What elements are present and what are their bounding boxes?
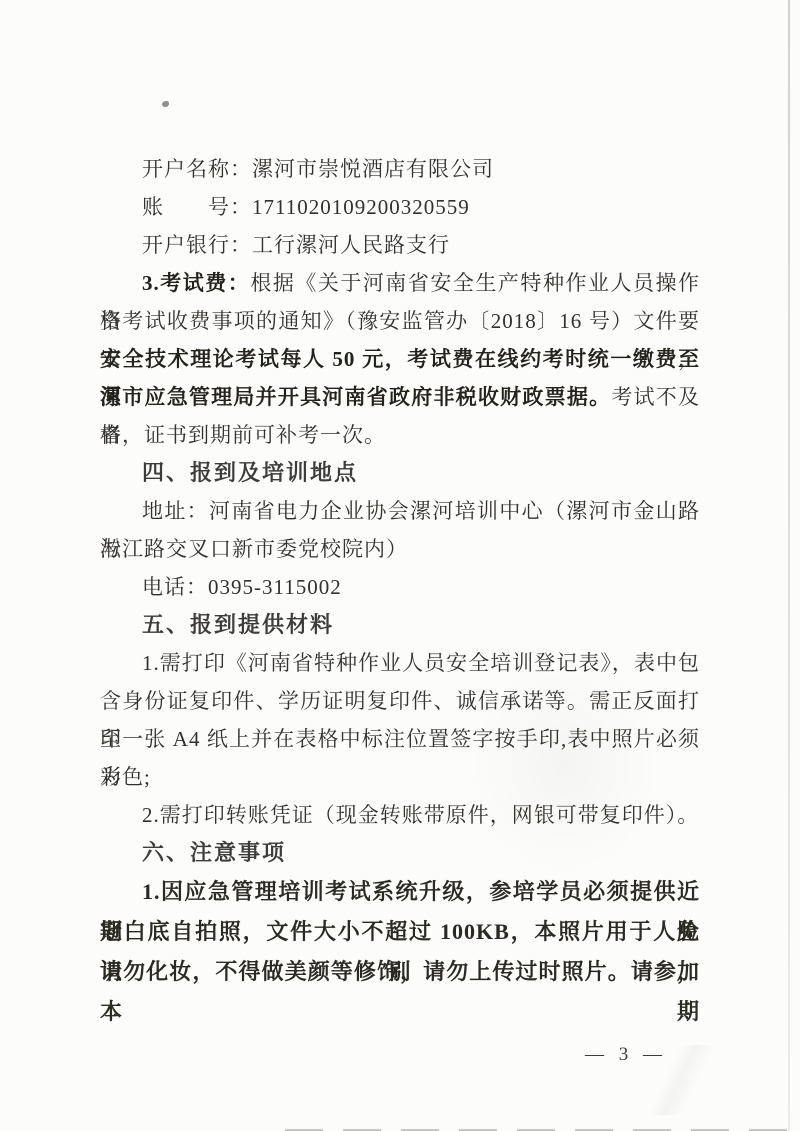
- scanned-document-page: 开户名称：漯河市崇悦酒店有限公司 账 号：1711020109200320559…: [0, 0, 800, 1131]
- scan-artifact-speck: [162, 101, 169, 107]
- materials-item-2-line: 2.需打印转账凭证（现金转账带原件，网银可带复印件）。: [100, 796, 700, 834]
- notice-item-1-line-2: 冠白底自拍照，文件大小不超过 100KB，本照片用于人脸识别，: [100, 912, 700, 952]
- materials-item-1-line-2: 含身份证复印件、学历证明复印件、诚信承诺等。需正反面打印: [100, 682, 700, 720]
- bank-branch-line: 开户银行：工行漯河人民路支行: [100, 226, 700, 264]
- section-5-heading: 五、报到提供材料: [100, 606, 700, 644]
- materials-item-1-line-4: 彩色;: [100, 758, 700, 796]
- exam-fee-line-4: 河市应急管理局并开具河南省政府非税收财政票据。考试不及格: [100, 378, 700, 416]
- exam-fee-line-3: 安全技术理论考试每人 50 元，考试费在线约考时统一缴费至漯: [100, 340, 700, 378]
- exam-fee-line-4-bold: 河市应急管理局并开具河南省政府非税收财政票据。: [100, 385, 611, 409]
- materials-item-1-line-3: 至一张 A4 纸上并在表格中标注位置签字按手印,表中照片必须为: [100, 720, 700, 758]
- notice-item-1-line-3: 请勿化妆，不得做美颜等修饰，请勿上传过时照片。请参加本期: [100, 952, 700, 992]
- bank-account-number-line: 账 号：1711020109200320559: [100, 188, 700, 226]
- exam-fee-lead-bold: 3.考试费：: [142, 271, 250, 295]
- bank-account-name-line: 开户名称：漯河市崇悦酒店有限公司: [100, 150, 700, 188]
- section-4-heading: 四、报到及培训地点: [100, 454, 700, 492]
- exam-fee-line-2: 格考试收费事项的通知》（豫安监管办〔2018〕16 号）文件要求，: [100, 302, 700, 340]
- notice-item-1-line-1: 1.因应急管理培训考试系统升级，参培学员必须提供近期免: [100, 872, 700, 912]
- address-line-2: 淞江路交叉口新市委党校院内）: [100, 530, 700, 568]
- materials-item-1-line-1: 1.需打印《河南省特种作业人员安全培训登记表》，表中包: [100, 644, 700, 682]
- exam-fee-line-1: 3.考试费：根据《关于河南省安全生产特种作业人员操作资: [100, 264, 700, 302]
- address-line-1: 地址：河南省电力企业协会漯河培训中心（漯河市金山路与: [100, 492, 700, 530]
- exam-fee-line-5: 者，证书到期前可补考一次。: [100, 416, 700, 454]
- scan-edge-line: [788, 0, 790, 1131]
- document-body: 开户名称：漯河市崇悦酒店有限公司 账 号：1711020109200320559…: [100, 150, 700, 992]
- phone-line: 电话：0395-3115002: [100, 568, 700, 606]
- section-6-heading: 六、注意事项: [100, 834, 700, 872]
- page-number: — 3 —: [585, 1044, 667, 1066]
